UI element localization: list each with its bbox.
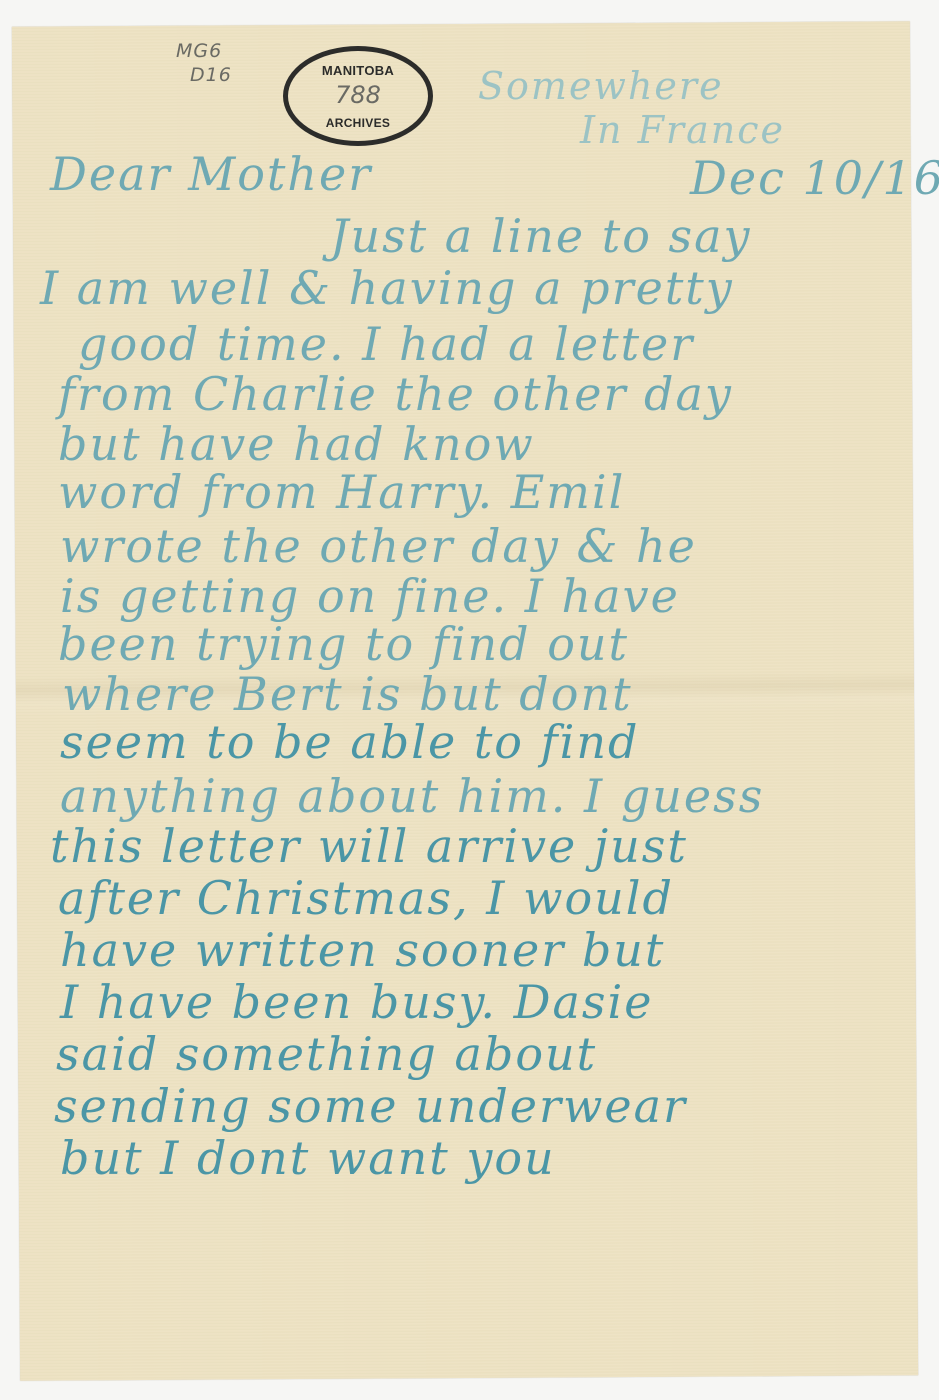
body-line-1: Just a line to say <box>330 210 752 262</box>
body-line-11: seem to be able to find <box>60 716 639 768</box>
stamp-bottom-text: ARCHIVES <box>288 116 428 130</box>
body-line-5: but have had know <box>58 418 535 470</box>
body-line-14: after Christmas, I would <box>58 872 674 924</box>
archive-pencil-note-1: MG6 <box>176 40 222 62</box>
body-line-18: sending some underwear <box>54 1080 687 1132</box>
body-line-10: where Bert is but dont <box>62 668 633 720</box>
location-line-2: In France <box>580 104 785 156</box>
stamp-number: 788 <box>288 81 428 109</box>
body-line-15: have written sooner but <box>60 924 665 976</box>
body-line-13: this letter will arrive just <box>50 820 688 872</box>
body-line-7: wrote the other day & he <box>60 520 697 572</box>
body-line-16: I have been busy. Dasie <box>60 976 653 1028</box>
body-line-9: been trying to find out <box>58 618 629 670</box>
body-line-8: is getting on fine. I have <box>60 570 680 622</box>
salutation: Dear Mother <box>50 148 372 200</box>
body-line-17: said something about <box>56 1028 597 1080</box>
body-line-4: from Charlie the other day <box>58 368 733 420</box>
body-line-2: I am well & having a pretty <box>40 262 734 314</box>
body-line-12: anything about him. I guess <box>60 770 764 822</box>
archive-stamp: MANITOBA 788 ARCHIVES <box>283 46 433 146</box>
body-line-19: but I dont want you <box>60 1132 556 1184</box>
stamp-top-text: MANITOBA <box>288 63 428 78</box>
archive-pencil-note-2: D16 <box>190 64 232 86</box>
body-line-3: good time. I had a letter <box>78 318 694 370</box>
letter-date: Dec 10/16 <box>690 152 939 204</box>
body-line-6: word from Harry. Emil <box>58 466 625 518</box>
